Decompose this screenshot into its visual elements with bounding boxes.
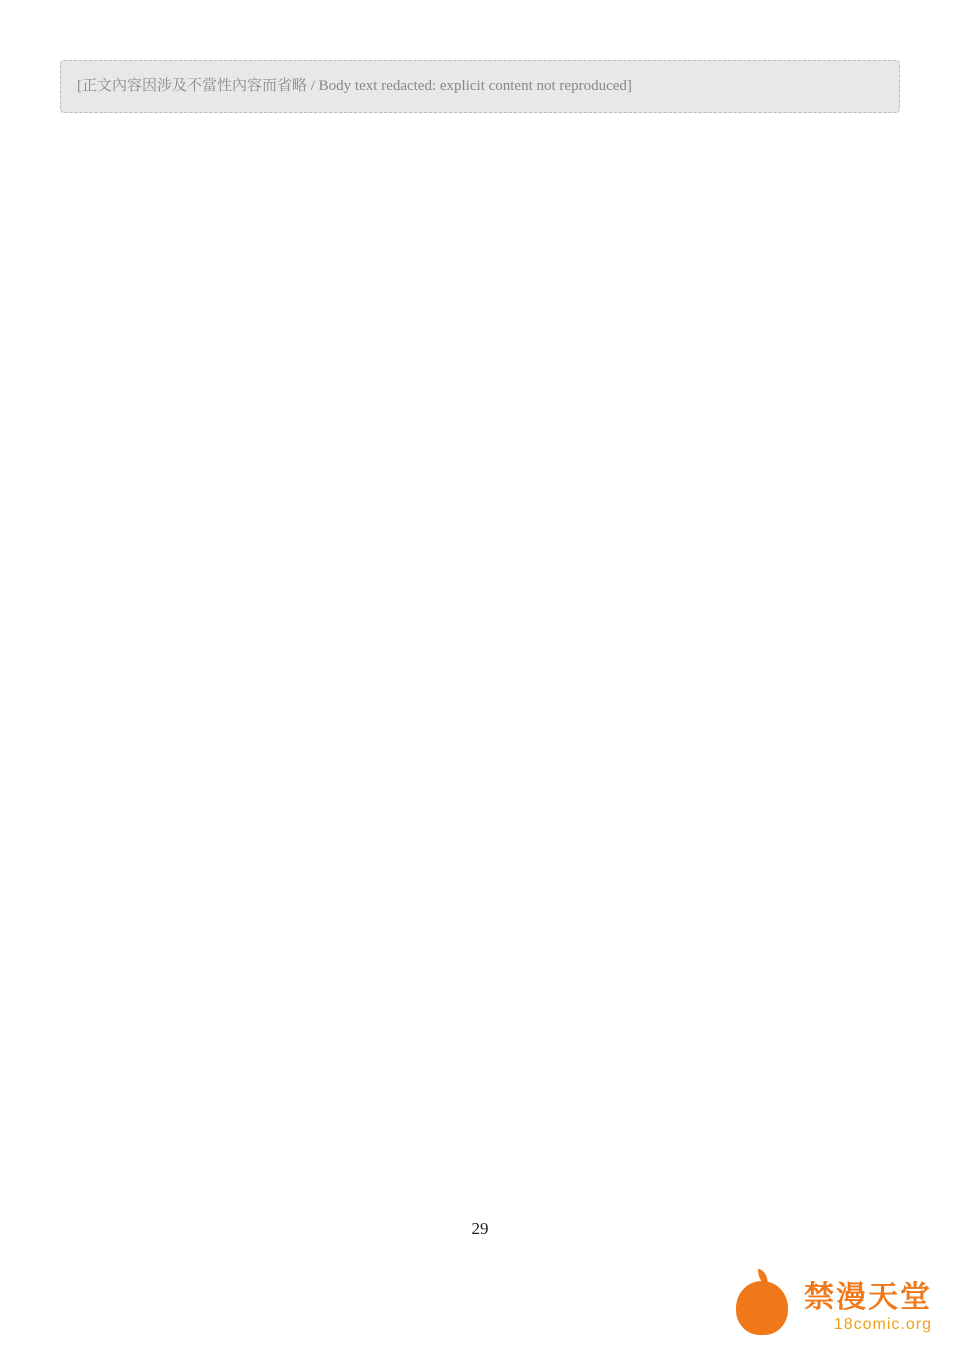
site-watermark: 禁漫天堂 18comic.org xyxy=(730,1267,932,1339)
mascot-icon xyxy=(730,1267,794,1339)
document-page: [正文內容因涉及不當性內容而省略 / Body text redacted: e… xyxy=(0,0,960,1357)
redaction-notice: [正文內容因涉及不當性內容而省略 / Body text redacted: e… xyxy=(60,60,900,113)
watermark-site-url: 18comic.org xyxy=(834,1316,932,1334)
body-text-redacted: [正文內容因涉及不當性內容而省略 / Body text redacted: e… xyxy=(60,60,900,113)
page-number: 29 xyxy=(0,1219,960,1239)
watermark-site-name: 禁漫天堂 xyxy=(804,1272,932,1316)
